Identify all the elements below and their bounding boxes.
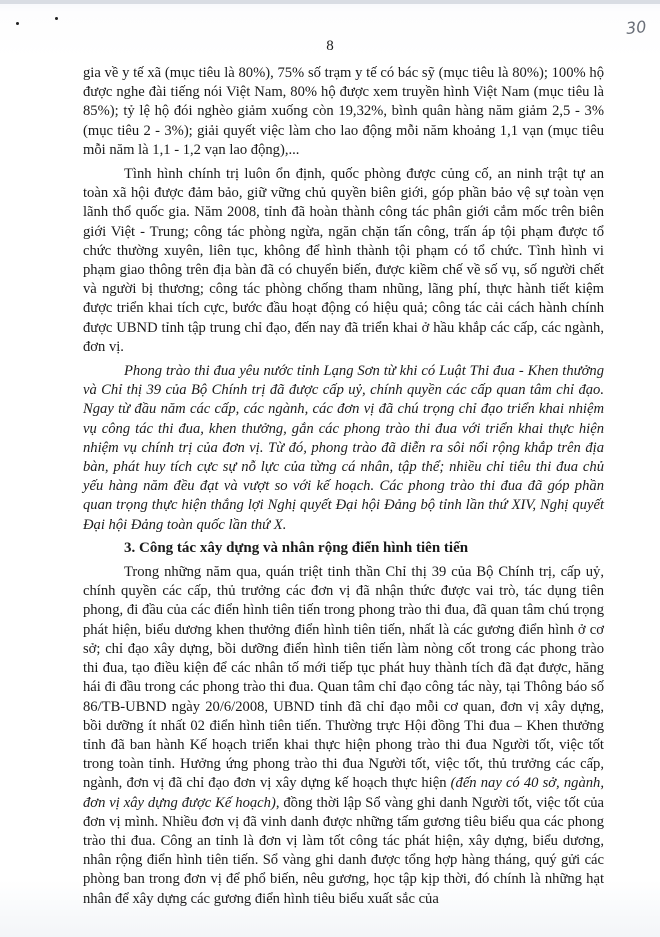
paragraph-text: Trong những năm qua, quán triệt tinh thầ… — [83, 564, 604, 791]
hole-punch-mark — [55, 17, 58, 20]
handwritten-page-number: 30 — [625, 17, 647, 38]
paragraph-text: , đồng thời lập Sổ vàng ghi danh Người t… — [83, 795, 604, 907]
paragraph-advanced-models: Trong những năm qua, quán triệt tinh thầ… — [83, 563, 604, 909]
hole-punch-mark — [16, 22, 19, 25]
scanned-document-page: 30 8 gia về y tế xã (mục tiêu là 80%), 7… — [0, 0, 660, 937]
paragraph-security: Tình hình chính trị luôn ổn định, quốc p… — [83, 165, 604, 357]
scan-edge-shadow — [0, 0, 660, 4]
section-heading: 3. Công tác xây dựng và nhân rộng điển h… — [83, 539, 604, 558]
paragraph-health-poverty: gia về y tế xã (mục tiêu là 80%), 75% số… — [83, 64, 604, 160]
page-number: 8 — [0, 38, 660, 55]
paragraph-emulation-movement: Phong trào thi đua yêu nước tỉnh Lạng Sơ… — [83, 362, 604, 535]
document-body: gia về y tế xã (mục tiêu là 80%), 75% số… — [83, 64, 604, 909]
